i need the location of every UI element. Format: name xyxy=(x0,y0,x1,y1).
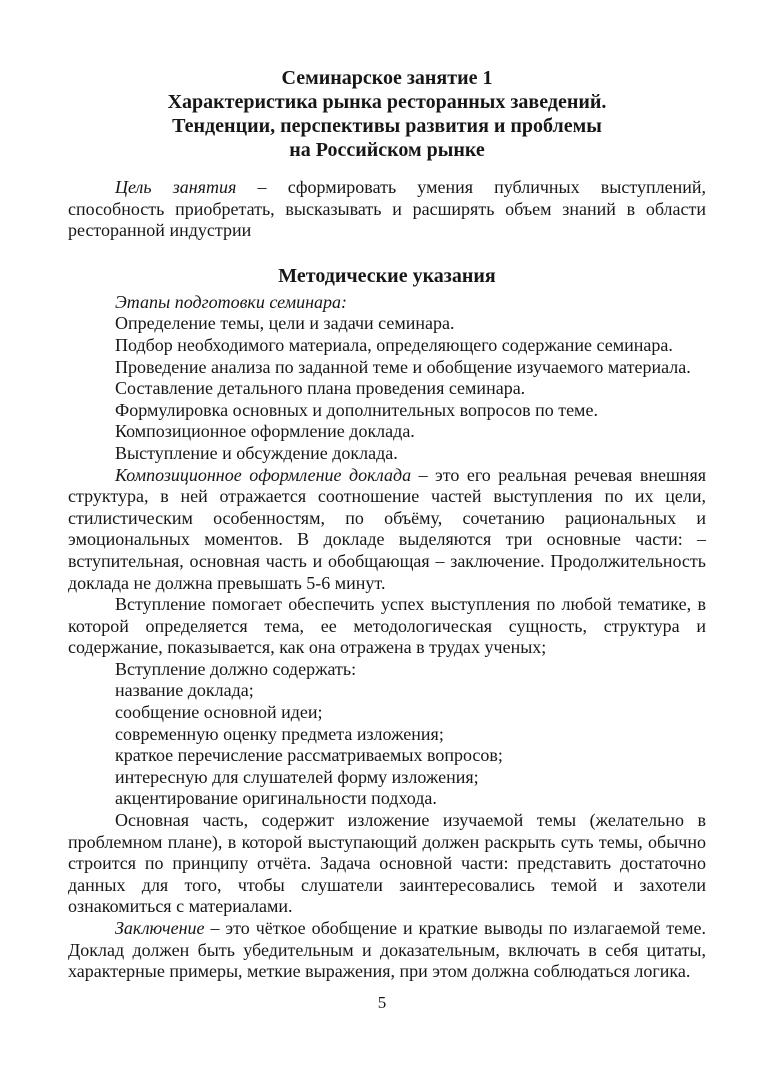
contains-heading: Вступление должно содержать: xyxy=(68,659,706,681)
stage-item: Определение темы, цели и задачи семинара… xyxy=(68,313,706,335)
title-line: Тенденции, перспективы развития и пробле… xyxy=(68,114,706,138)
conclusion-paragraph: Заключение – это чёткое обобщение и крат… xyxy=(68,918,706,983)
document-page: Семинарское занятие 1 Характеристика рын… xyxy=(0,0,764,1080)
contains-item: сообщение основной идеи; xyxy=(68,702,706,724)
conclusion-lead: Заключение xyxy=(115,918,205,938)
page-title: Семинарское занятие 1 Характеристика рын… xyxy=(68,66,706,162)
contains-item: название доклада; xyxy=(68,680,706,702)
contains-item: акцентирование оригинальности подхода. xyxy=(68,788,706,810)
vstuplenie-paragraph: Вступление помогает обеспечить успех выс… xyxy=(68,594,706,659)
stage-item: Проведение анализа по заданной теме и об… xyxy=(68,357,706,379)
intro-paragraph: Цель занятия – сформировать умения публи… xyxy=(68,177,706,242)
page-number: 5 xyxy=(0,993,764,1013)
stages-heading: Этапы подготовки семинара: xyxy=(68,292,706,314)
composition-paragraph: Композиционное оформление доклада – это … xyxy=(68,465,706,595)
page-content: Семинарское занятие 1 Характеристика рын… xyxy=(68,66,706,983)
title-line: на Российском рынке xyxy=(68,138,706,162)
stage-item: Композиционное оформление доклада. xyxy=(68,421,706,443)
contains-item: интересную для слушателей форму изложени… xyxy=(68,767,706,789)
intro-lead: Цель занятия xyxy=(115,177,236,197)
contains-item: современную оценку предмета изложения; xyxy=(68,724,706,746)
title-line: Семинарское занятие 1 xyxy=(68,66,706,90)
stage-item: Подбор необходимого материала, определяю… xyxy=(68,335,706,357)
title-line: Характеристика рынка ресторанных заведен… xyxy=(68,90,706,114)
stage-item: Формулировка основных и дополнительных в… xyxy=(68,400,706,422)
stage-item: Составление детального плана проведения … xyxy=(68,378,706,400)
composition-lead: Композиционное оформление доклада xyxy=(115,465,411,485)
methods-heading: Методические указания xyxy=(68,265,706,287)
main-part-paragraph: Основная часть, содержит изложение изуча… xyxy=(68,810,706,918)
contains-item: краткое перечисление рассматриваемых воп… xyxy=(68,745,706,767)
stage-item: Выступление и обсуждение доклада. xyxy=(68,443,706,465)
